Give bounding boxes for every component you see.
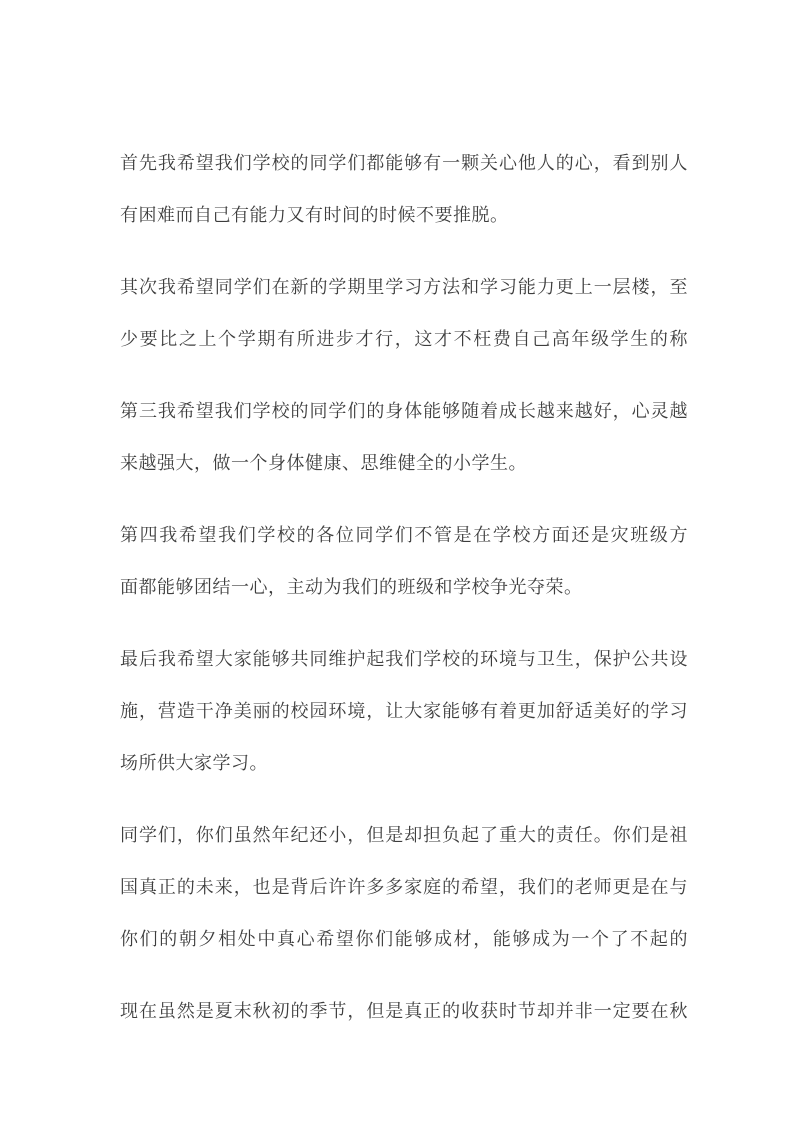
text-line: 少要比之上个学期有所进步才行，这才不枉费自己高年级学生的称号。 <box>120 313 688 365</box>
paragraph-3: 第三我希望我们学校的同学们的身体能够随着成长越来越好，心灵越 来越强大，做一个身… <box>120 385 688 489</box>
text-line: 其次我希望同学们在新的学期里学习方法和学习能力更上一层楼，至 <box>120 261 688 313</box>
paragraph-7: 现在虽然是夏末秋初的季节，但是真正的收获时节却并非一定要在秋 <box>120 985 688 1037</box>
text-line: 同学们，你们虽然年纪还小，但是却担负起了重大的责任。你们是祖 <box>120 809 688 861</box>
text-line: 你们的朝夕相处中真心希望你们能够成材，能够成为一个了不起的人。 <box>120 913 688 965</box>
paragraph-2: 其次我希望同学们在新的学期里学习方法和学习能力更上一层楼，至 少要比之上个学期有… <box>120 261 688 365</box>
text-line: 首先我希望我们学校的同学们都能够有一颗关心他人的心，看到别人 <box>120 137 688 189</box>
paragraph-4: 第四我希望我们学校的各位同学们不管是在学校方面还是灾班级方 面都能够团结一心，主… <box>120 509 688 613</box>
text-line: 来越强大，做一个身体健康、思维健全的小学生。 <box>120 437 688 489</box>
text-line: 现在虽然是夏末秋初的季节，但是真正的收获时节却并非一定要在秋 <box>120 985 688 1037</box>
text-line: 最后我希望大家能够共同维护起我们学校的环境与卫生，保护公共设 <box>120 633 688 685</box>
text-line: 施，营造干净美丽的校园环境，让大家能够有着更加舒适美好的学习 <box>120 685 688 737</box>
paragraph-6: 同学们，你们虽然年纪还小，但是却担负起了重大的责任。你们是祖 国真正的未来，也是… <box>120 809 688 965</box>
text-line: 有困难而自己有能力又有时间的时候不要推脱。 <box>120 189 688 241</box>
text-line: 国真正的未来，也是背后许许多多家庭的希望，我们的老师更是在与 <box>120 861 688 913</box>
text-line: 第三我希望我们学校的同学们的身体能够随着成长越来越好，心灵越 <box>120 385 688 437</box>
text-line: 场所供大家学习。 <box>120 737 688 789</box>
document-body: 首先我希望我们学校的同学们都能够有一颗关心他人的心，看到别人 有困难而自己有能力… <box>120 137 688 1037</box>
paragraph-5: 最后我希望大家能够共同维护起我们学校的环境与卫生，保护公共设 施，营造干净美丽的… <box>120 633 688 789</box>
text-line: 面都能够团结一心，主动为我们的班级和学校争光夺荣。 <box>120 561 688 613</box>
document-page: 首先我希望我们学校的同学们都能够有一颗关心他人的心，看到别人 有困难而自己有能力… <box>0 0 793 1122</box>
text-line: 第四我希望我们学校的各位同学们不管是在学校方面还是灾班级方 <box>120 509 688 561</box>
paragraph-1: 首先我希望我们学校的同学们都能够有一颗关心他人的心，看到别人 有困难而自己有能力… <box>120 137 688 241</box>
